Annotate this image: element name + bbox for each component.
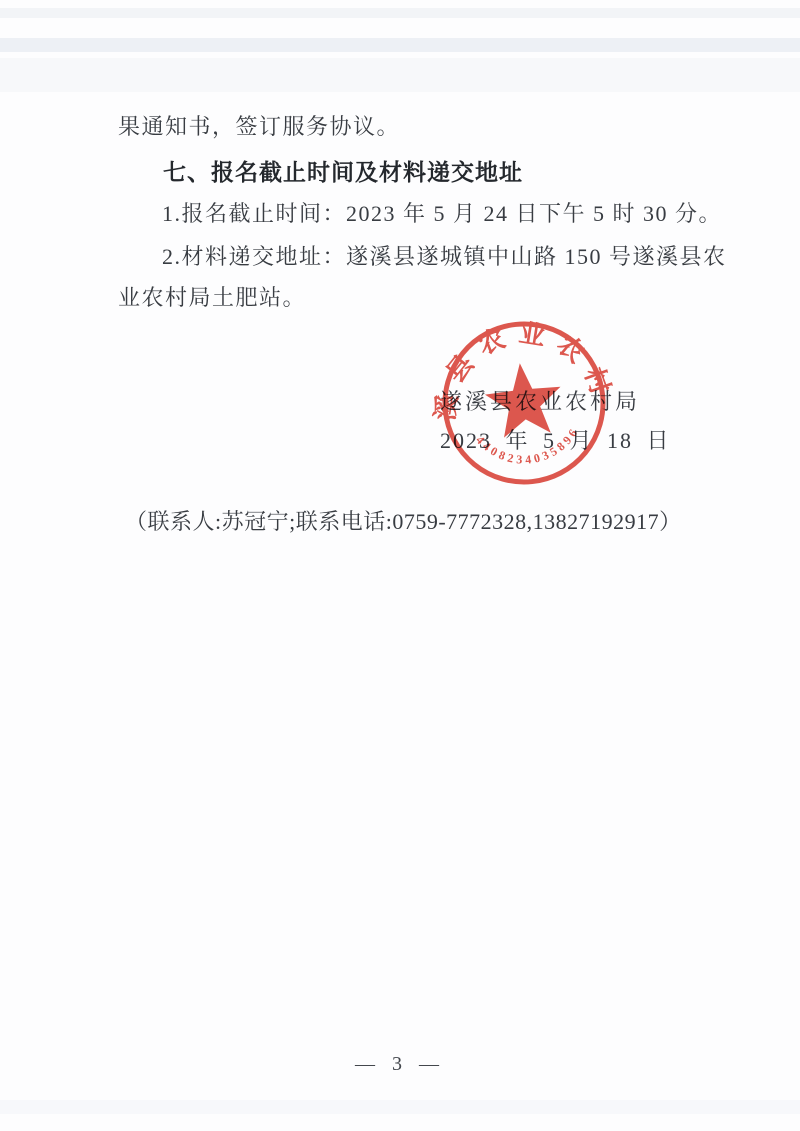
list-item-deadline: 1.报名截止时间：2023 年 5 月 24 日下午 5 时 30 分。 [162, 197, 722, 228]
list-item-address-line2: 业农村局土肥站。 [118, 281, 306, 312]
page-number: — 3 — [0, 1053, 800, 1076]
document-page: 果通知书，签订服务协议。 七、报名截止时间及材料递交地址 1.报名截止时间：20… [0, 0, 800, 1131]
signature-organization: 遂溪县农业农村局 [440, 385, 640, 416]
contact-info-line: （联系人:苏冠宁;联系电话:0759-7772328,13827192917） [125, 505, 682, 536]
scan-artifact-band [0, 8, 800, 18]
scan-artifact-band [0, 1100, 800, 1114]
scan-artifact-band [0, 58, 800, 92]
list-item-address-line1: 2.材料递交地址：遂溪县遂城镇中山路 150 号遂溪县农 [162, 240, 727, 271]
signature-date: 2023 年 5 月 18 日 [440, 424, 671, 455]
section-heading: 七、报名截止时间及材料递交地址 [163, 154, 523, 187]
paragraph-continuation-line: 果通知书，签订服务协议。 [118, 110, 400, 141]
scan-artifact-band [0, 38, 800, 52]
